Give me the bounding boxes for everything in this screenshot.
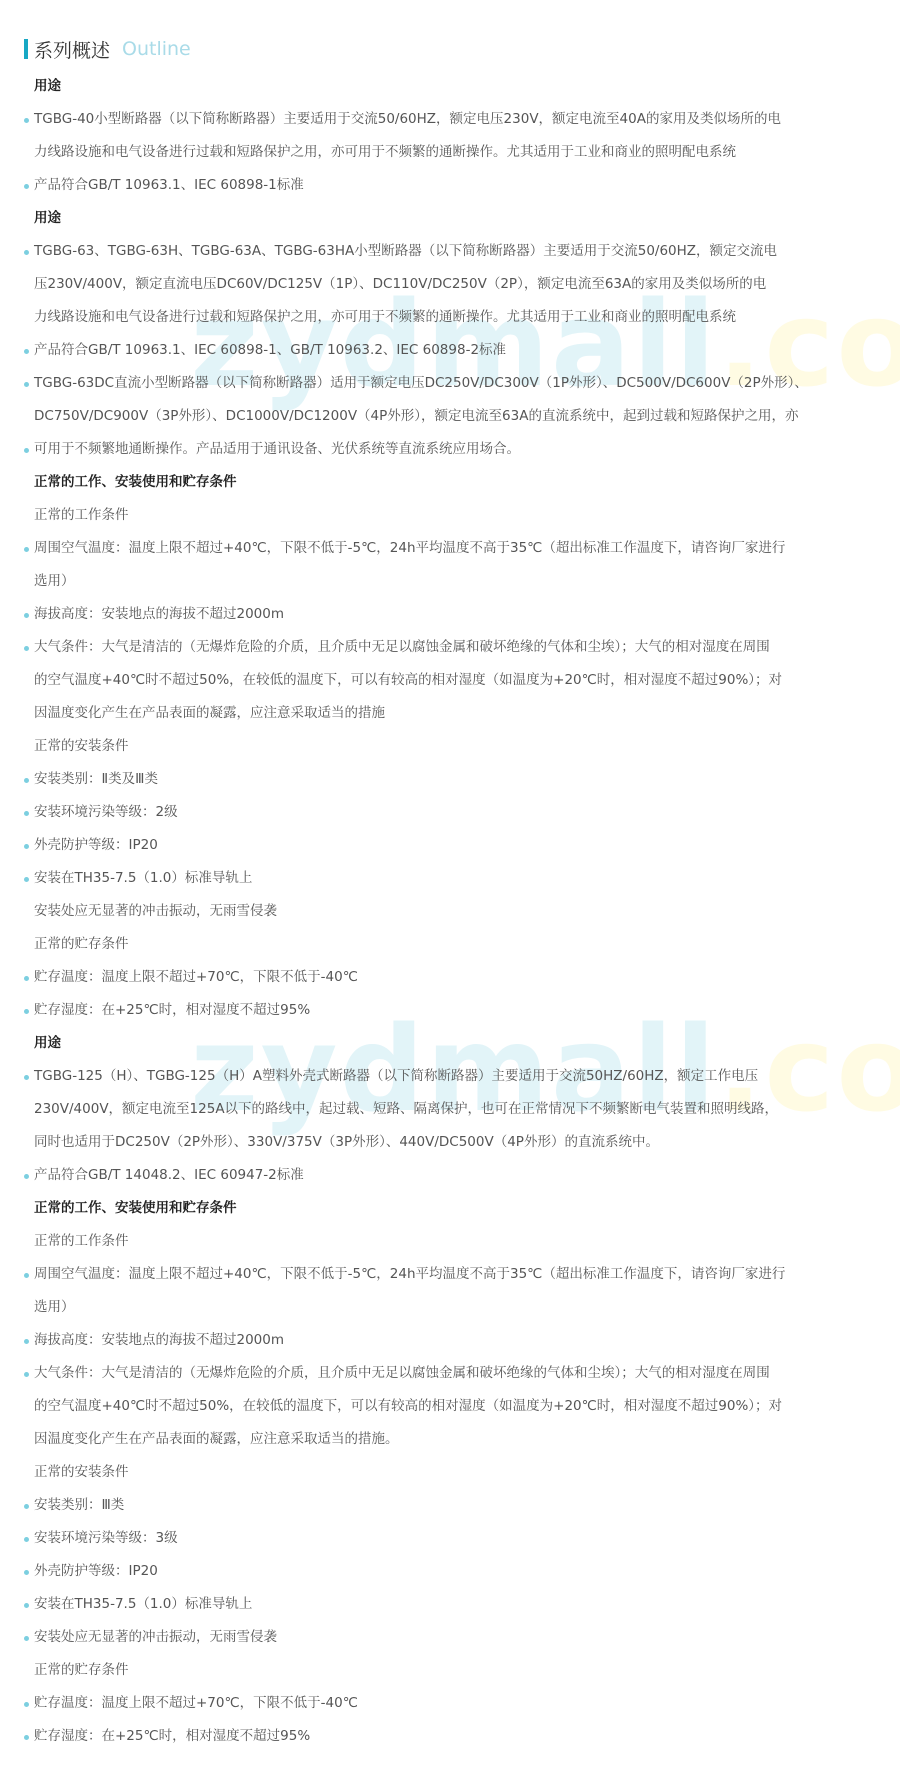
- bullet-item: 安装类别：Ⅱ类及Ⅲ类: [24, 763, 864, 796]
- bullet-continuation: 力线路设施和电气设备进行过载和短路保护之用，亦可用于不频繁的通断操作。尤其适用于…: [24, 136, 864, 169]
- bullet-item: 外壳防护等级：IP20: [24, 1555, 864, 1588]
- bullet-continuation: 的空气温度+40℃时不超过50%，在较低的温度下，可以有较高的相对湿度（如温度为…: [24, 664, 864, 697]
- bullet-item: TGBG-40小型断路器（以下简称断路器）主要适用于交流50/60HZ，额定电压…: [24, 103, 864, 136]
- bullet-item: 周围空气温度：温度上限不超过+40℃，下限不低于-5℃，24h平均温度不高于35…: [24, 532, 864, 565]
- outline-section: 系列概述 Outline 用途TGBG-40小型断路器（以下简称断路器）主要适用…: [0, 0, 900, 1753]
- bullet-item: TGBG-63、TGBG-63H、TGBG-63A、TGBG-63HA小型断路器…: [24, 235, 864, 268]
- section-heading: 用途: [24, 1027, 864, 1060]
- bullet-item: 海拔高度：安装地点的海拔不超过2000m: [24, 1324, 864, 1357]
- bullet-item: 安装在TH35-7.5（1.0）标准导轨上: [24, 862, 864, 895]
- bullet-continuation: 230V/400V，额定电流至125A以下的路线中，起过载、短路、隔离保护，也可…: [24, 1093, 864, 1126]
- subheading: 正常的贮存条件: [24, 928, 864, 961]
- title-accent-bar: [24, 39, 28, 59]
- bullet-item: 贮存湿度：在+25℃时，相对湿度不超过95%: [24, 994, 864, 1027]
- bullet-item: 大气条件：大气是清洁的（无爆炸危险的介质，且介质中无足以腐蚀金属和破坏绝缘的气体…: [24, 631, 864, 664]
- bullet-item: TGBG-125（H）、TGBG-125（H）A塑料外壳式断路器（以下简称断路器…: [24, 1060, 864, 1093]
- bullet-item: 贮存温度：温度上限不超过+70℃，下限不低于-40℃: [24, 1687, 864, 1720]
- subheading: 正常的工作条件: [24, 1225, 864, 1258]
- bullet-item: 外壳防护等级：IP20: [24, 829, 864, 862]
- bullet-item: 产品符合GB/T 10963.1、IEC 60898-1、GB/T 10963.…: [24, 334, 864, 367]
- subheading: 正常的安装条件: [24, 730, 864, 763]
- section-heading: 用途: [24, 70, 864, 103]
- bullet-continuation: 选用）: [24, 1291, 864, 1324]
- bullet-continuation: 的空气温度+40℃时不超过50%，在较低的温度下，可以有较高的相对湿度（如温度为…: [24, 1390, 864, 1423]
- bullet-item: TGBG-63DC直流小型断路器（以下简称断路器）适用于额定电压DC250V/D…: [24, 367, 864, 400]
- bullet-continuation: DC750V/DC900V（3P外形）、DC1000V/DC1200V（4P外形…: [24, 400, 864, 433]
- bullet-item: 大气条件：大气是清洁的（无爆炸危险的介质，且介质中无足以腐蚀金属和破坏绝缘的气体…: [24, 1357, 864, 1390]
- section-heading: 正常的工作、安装使用和贮存条件: [24, 1192, 864, 1225]
- bullet-item: 周围空气温度：温度上限不超过+40℃，下限不低于-5℃，24h平均温度不高于35…: [24, 1258, 864, 1291]
- bullet-item: 可用于不频繁地通断操作。产品适用于通讯设备、光伏系统等直流系统应用场合。: [24, 433, 864, 466]
- bullet-continuation: 力线路设施和电气设备进行过载和短路保护之用，亦可用于不频繁的通断操作。尤其适用于…: [24, 301, 864, 334]
- bullet-item: 安装环境污染等级：2级: [24, 796, 864, 829]
- subheading: 正常的安装条件: [24, 1456, 864, 1489]
- bullet-item: 产品符合GB/T 14048.2、IEC 60947-2标准: [24, 1159, 864, 1192]
- subheading: 安装处应无显著的冲击振动，无雨雪侵袭: [24, 895, 864, 928]
- section-heading: 用途: [24, 202, 864, 235]
- section-title: 系列概述 Outline: [24, 36, 900, 62]
- bullet-item: 海拔高度：安装地点的海拔不超过2000m: [24, 598, 864, 631]
- bullet-continuation: 选用）: [24, 565, 864, 598]
- outline-content: 用途TGBG-40小型断路器（以下简称断路器）主要适用于交流50/60HZ，额定…: [24, 70, 864, 1753]
- bullet-item: 产品符合GB/T 10963.1、IEC 60898-1标准: [24, 169, 864, 202]
- bullet-continuation: 因温度变化产生在产品表面的凝露，应注意采取适当的措施: [24, 697, 864, 730]
- bullet-item: 贮存湿度：在+25℃时，相对湿度不超过95%: [24, 1720, 864, 1753]
- bullet-item: 安装处应无显著的冲击振动，无雨雪侵袭: [24, 1621, 864, 1654]
- bullet-item: 贮存温度：温度上限不超过+70℃，下限不低于-40℃: [24, 961, 864, 994]
- bullet-item: 安装在TH35-7.5（1.0）标准导轨上: [24, 1588, 864, 1621]
- subheading: 正常的工作条件: [24, 499, 864, 532]
- title-chinese: 系列概述: [34, 36, 110, 63]
- subheading: 正常的贮存条件: [24, 1654, 864, 1687]
- section-heading: 正常的工作、安装使用和贮存条件: [24, 466, 864, 499]
- bullet-continuation: 压230V/400V，额定直流电压DC60V/DC125V（1P）、DC110V…: [24, 268, 864, 301]
- title-english: Outline: [122, 38, 191, 60]
- bullet-continuation: 同时也适用于DC250V（2P外形）、330V/375V（3P外形）、440V/…: [24, 1126, 864, 1159]
- bullet-item: 安装类别：Ⅲ类: [24, 1489, 864, 1522]
- bullet-continuation: 因温度变化产生在产品表面的凝露，应注意采取适当的措施。: [24, 1423, 864, 1456]
- bullet-item: 安装环境污染等级：3级: [24, 1522, 864, 1555]
